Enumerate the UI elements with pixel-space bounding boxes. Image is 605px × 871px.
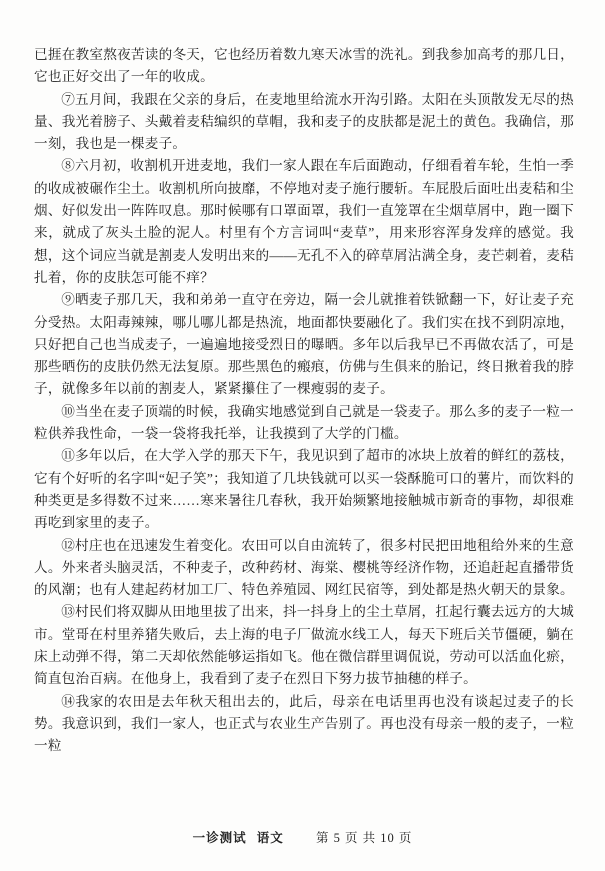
paragraph-continuation: 已捱在教室熬夜苦读的冬天，它也经历着数九寒天冰雪的洗礼。到我参加高考的那几日，它… — [34, 44, 574, 89]
page-footer: 一诊测试 语文 第 5 页 共 10 页 — [0, 828, 605, 846]
reading-passage: 已捱在教室熬夜苦读的冬天，它也经历着数九寒天冰雪的洗礼。到我参加高考的那几日，它… — [34, 44, 574, 758]
paragraph-7: ⑦五月间，我跟在父亲的身后，在麦地里给流水开沟引路。太阳在头顶散发无尽的热量、我… — [34, 89, 574, 156]
paragraph-11: ⑪多年以后，在大学入学的那天下午，我见识到了超市的冰块上放着的鲜红的荔枝，它有个… — [34, 445, 574, 534]
paragraph-9: ⑨晒麦子那几天，我和弟弟一直守在旁边，隔一会儿就推着铁锨翻一下，好让麦子充分受热… — [34, 289, 574, 400]
paragraph-14: ⑭我家的农田是去年秋天租出去的，此后，母亲在电话里再也没有谈起过麦子的长势。我意… — [34, 691, 574, 758]
paragraph-8: ⑧六月初，收割机开进麦地，我们一家人跟在车后面跑动，仔细看着车轮，生怕一季的收成… — [34, 155, 574, 289]
footer-page-number: 第 5 页 共 10 页 — [316, 831, 412, 845]
footer-exam-title: 一诊测试 — [193, 831, 247, 845]
paragraph-12: ⑫村庄也在迅速发生着变化。农田可以自由流转了，很多村民把田地租给外来的生意人。外… — [34, 535, 574, 602]
paragraph-13: ⑬村民们将双脚从田地里拔了出来，抖一抖身上的尘土草屑，扛起行囊去远方的大城市。堂… — [34, 601, 574, 690]
footer-subject: 语文 — [257, 831, 284, 845]
scanned-exam-page: 已捱在教室熬夜苦读的冬天，它也经历着数九寒天冰雪的洗礼。到我参加高考的那几日，它… — [0, 0, 605, 871]
paragraph-10: ⑩当坐在麦子顶端的时候，我确实地感觉到自己就是一袋麦子。那么多的麦子一粒一粒供养… — [34, 401, 574, 446]
